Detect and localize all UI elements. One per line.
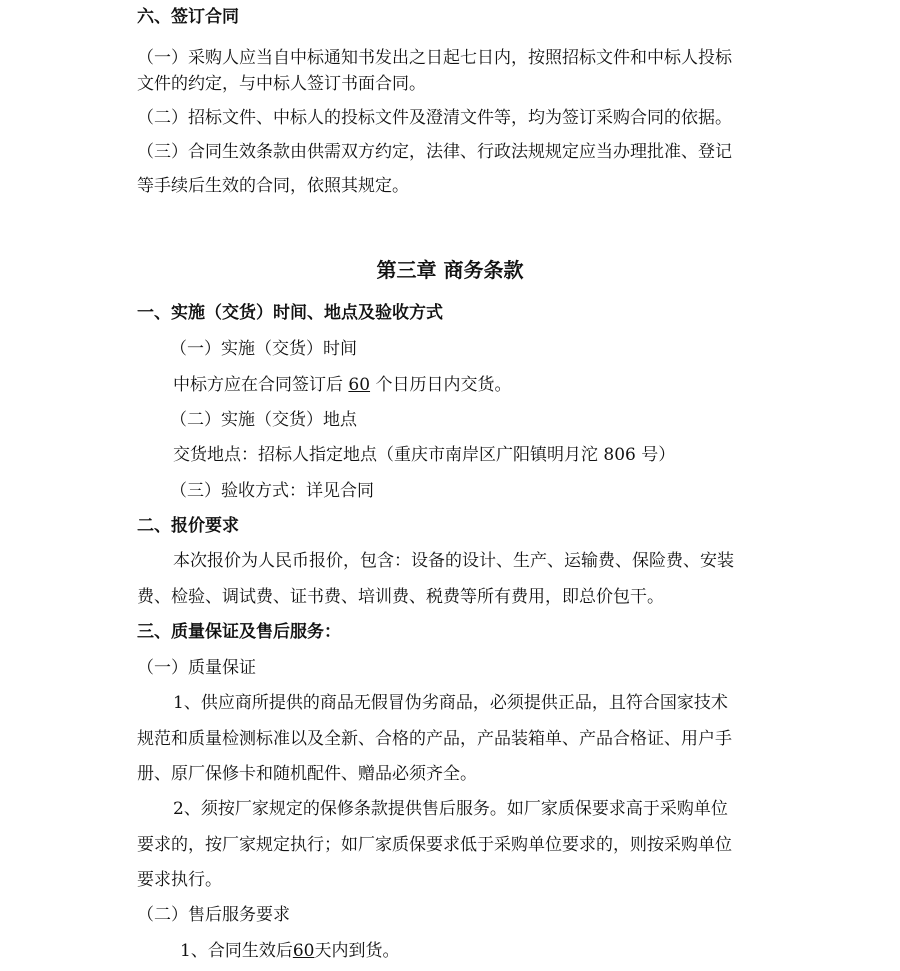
days-value: 60 <box>348 375 370 395</box>
subheading: （一）实施（交货）时间 <box>170 338 357 360</box>
paragraph: 册、原厂保修卡和随机配件、赠品必须齐全。 <box>137 763 477 785</box>
paragraph: 交货地点：招标人指定地点（重庆市南岸区广阳镇明月沱 806 号） <box>173 444 675 466</box>
text: 中标方应在合同签订后 <box>173 375 348 395</box>
paragraph: 要求的，按厂家规定执行；如厂家质保要求低于采购单位要求的，则按采购单位 <box>137 834 732 856</box>
subheading: （二）售后服务要求 <box>137 904 290 926</box>
text: 天内到货。 <box>314 941 399 961</box>
subheading: （一）质量保证 <box>137 657 256 679</box>
subheading: （三）验收方式：详见合同 <box>170 480 374 502</box>
paragraph: （二）招标文件、中标人的投标文件及澄清文件等，均为签订采购合同的依据。 <box>137 107 732 129</box>
paragraph: 1、合同生效后60天内到货。 <box>180 940 399 962</box>
part-3-heading: 三、质量保证及售后服务： <box>137 621 341 643</box>
paragraph: 中标方应在合同签订后 60 个日历日内交货。 <box>173 374 511 396</box>
subheading: （二）实施（交货）地点 <box>170 409 357 431</box>
paragraph: 本次报价为人民币报价，包含：设备的设计、生产、运输费、保险费、安装 <box>173 550 734 572</box>
chapter-title: 第三章 商务条款 <box>0 259 900 281</box>
paragraph: 2、须按厂家规定的保修条款提供售后服务。如厂家质保要求高于采购单位 <box>173 798 728 820</box>
paragraph: 费、检验、调试费、证书费、培训费、税费等所有费用，即总价包干。 <box>137 586 664 608</box>
part-2-heading: 二、报价要求 <box>137 515 239 537</box>
paragraph: （三）合同生效条款由供需双方约定，法律、行政法规规定应当办理批准、登记 <box>137 141 732 163</box>
paragraph: 等手续后生效的合同，依照其规定。 <box>137 175 409 197</box>
section-6-heading: 六、签订合同 <box>137 6 239 28</box>
part-1-heading: 一、实施（交货）时间、地点及验收方式 <box>137 302 443 324</box>
paragraph: （一）采购人应当自中标通知书发出之日起七日内，按照招标文件和中标人投标 <box>137 47 732 69</box>
paragraph: 1、供应商所提供的商品无假冒伪劣商品，必须提供正品，且符合国家技术 <box>173 692 728 714</box>
text: 1、合同生效后 <box>180 941 293 961</box>
paragraph: 文件的约定，与中标人签订书面合同。 <box>137 73 426 95</box>
paragraph: 规范和质量检测标准以及全新、合格的产品，产品装箱单、产品合格证、用户手 <box>137 728 732 750</box>
text: 个日历日内交货。 <box>370 375 511 395</box>
paragraph: 要求执行。 <box>137 869 222 891</box>
days-value: 60 <box>293 941 315 961</box>
